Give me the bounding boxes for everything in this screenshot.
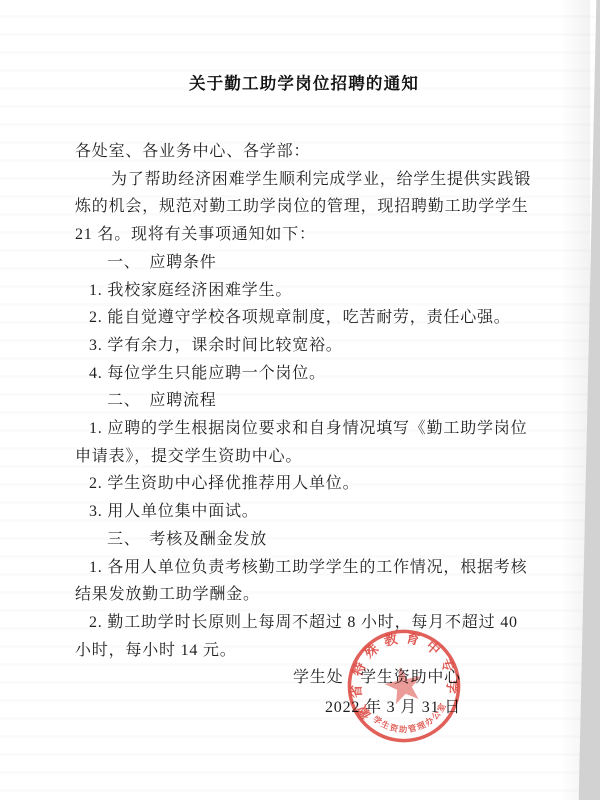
- section-heading-1: 一、 应聘条件: [107, 249, 533, 277]
- document-body: 关于勤工助学岗位招聘的通知 各处室、各业务中心、各学部： 为了帮助经济困难学生顺…: [75, 72, 533, 722]
- list-item: 1. 应聘的学生根据岗位要求和自身情况填写《勤工助学岗位申请表》，提交学生资助中…: [75, 415, 533, 470]
- page-edge: [574, 0, 600, 800]
- intro-paragraph: 为了帮助经济困难学生顺利完成学业，给学生提供实践锻炼的机会，规范对勤工助学岗位的…: [75, 166, 533, 249]
- salutation: 各处室、各业务中心、各学部：: [75, 138, 533, 166]
- signature-date: 2022 年 3 月 31 日: [75, 694, 461, 722]
- list-item: 1. 各用人单位负责考核勤工助学学生的工作情况，根据考核结果发放勤工助学酬金。: [75, 554, 533, 609]
- list-item: 3. 学有余力，课余时间比较宽裕。: [75, 332, 533, 360]
- signature-block: 学生处 学生资助中心 2022 年 3 月 31 日: [75, 664, 533, 721]
- signature-org: 学生处 学生资助中心: [75, 664, 461, 692]
- list-item: 2. 学生资助中心择优推荐用人单位。: [75, 470, 533, 498]
- document-title: 关于勤工助学岗位招聘的通知: [75, 72, 533, 96]
- page-edge-shadow: [560, 0, 590, 800]
- list-item: 4. 每位学生只能应聘一个岗位。: [75, 360, 533, 388]
- document-page: 关于勤工助学岗位招聘的通知 各处室、各业务中心、各学部： 为了帮助经济困难学生顺…: [0, 0, 600, 800]
- section-heading-3: 三、 考核及酬金发放: [107, 526, 533, 554]
- list-item: 2. 勤工助学时长原则上每周不超过 8 小时，每月不超过 40 小时，每小时 1…: [75, 609, 533, 664]
- list-item: 2. 能自觉遵守学校各项规章制度，吃苦耐劳，责任心强。: [75, 304, 533, 332]
- list-item: 1. 我校家庭经济困难学生。: [75, 277, 533, 305]
- list-item: 3. 用人单位集中面试。: [75, 498, 533, 526]
- section-heading-2: 二、 应聘流程: [107, 387, 533, 415]
